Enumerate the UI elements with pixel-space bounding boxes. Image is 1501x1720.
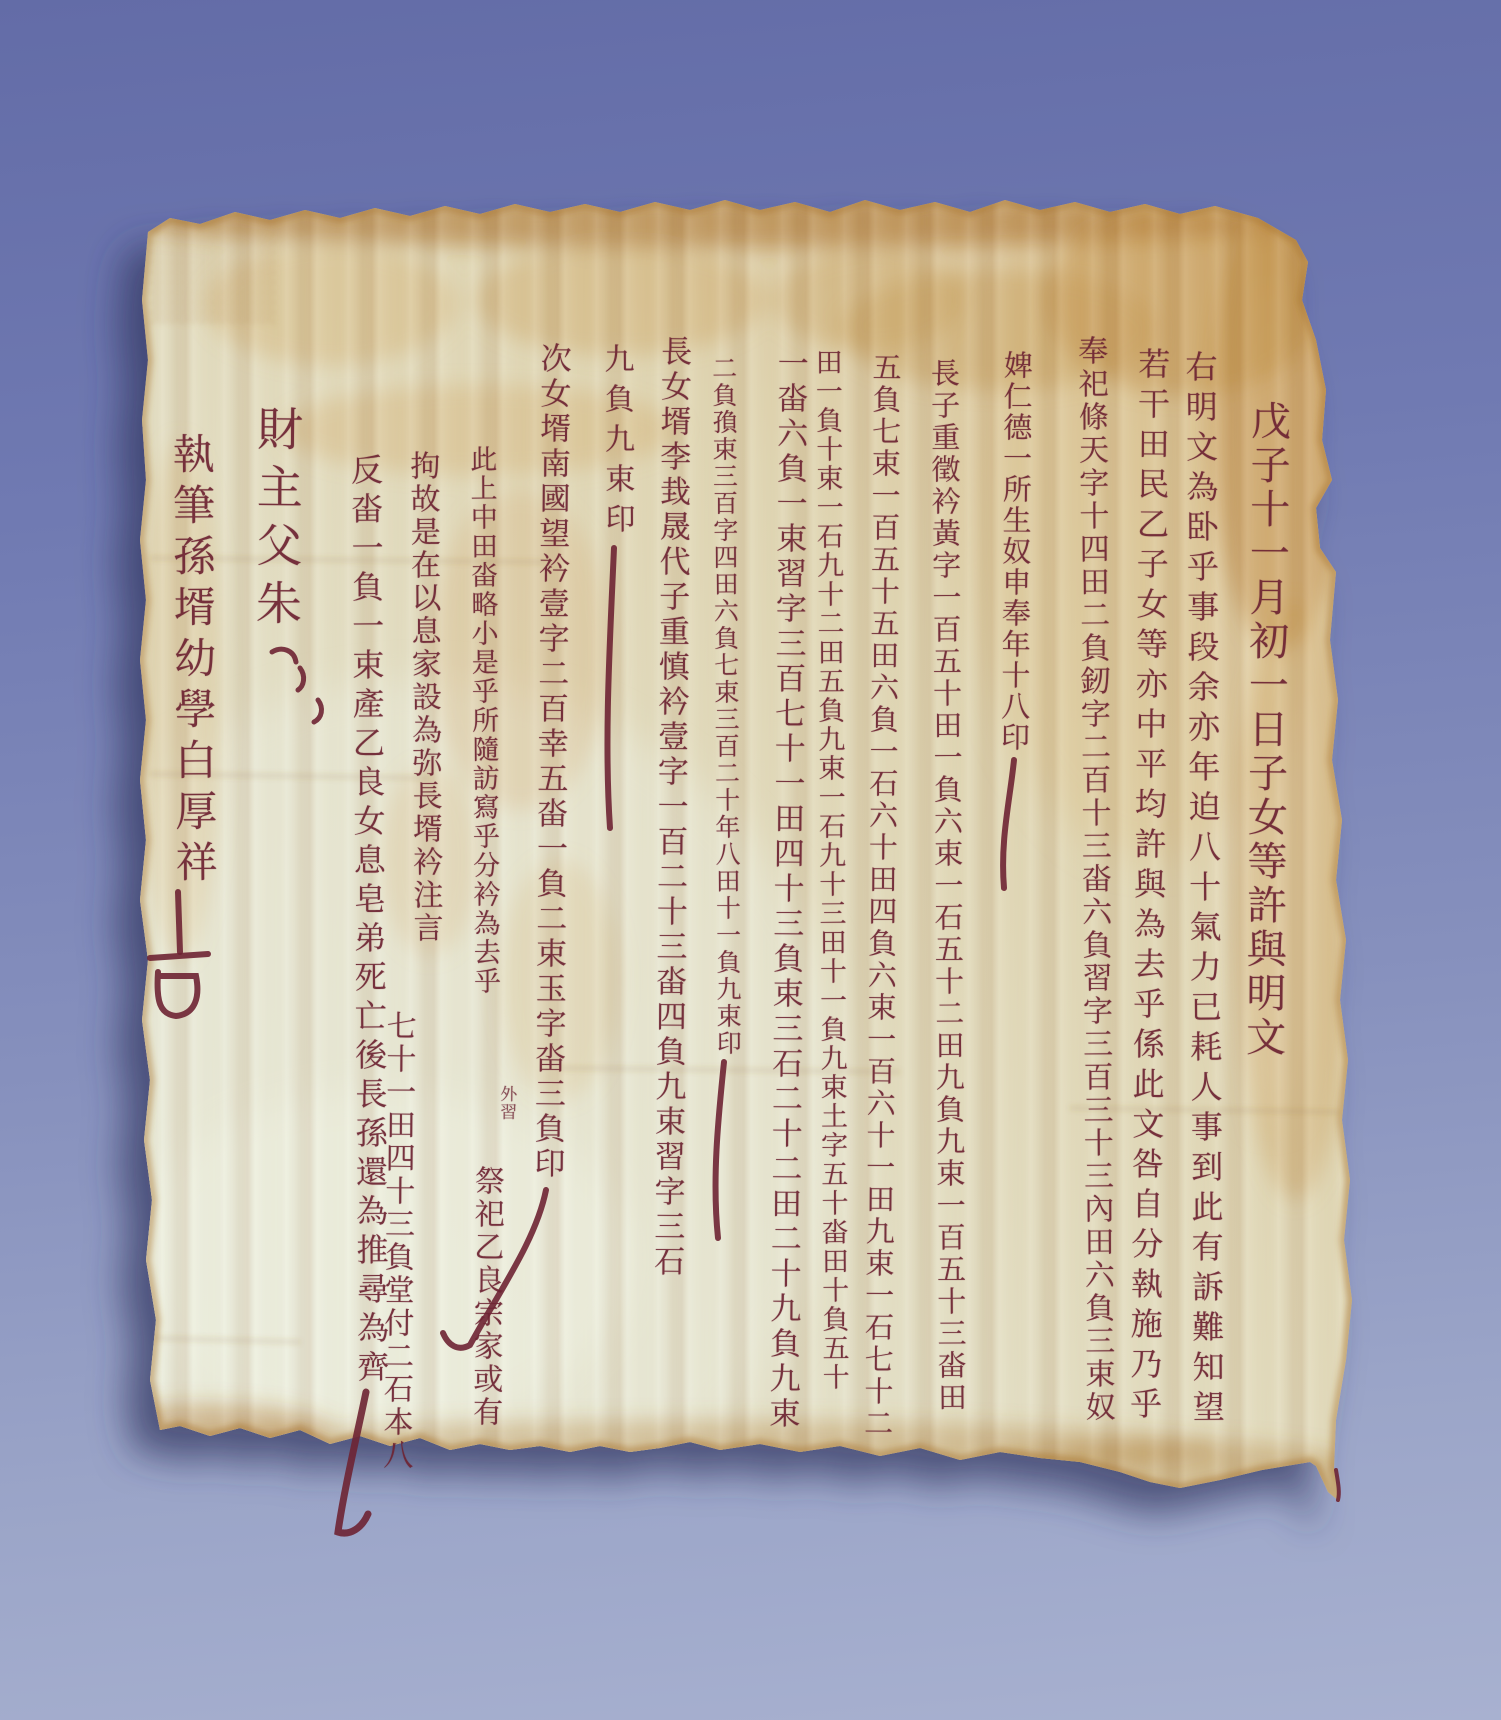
- text-column: 反畓一負一束產乙良女息皂弟死亡後長孫還為推尋為齊: [336, 453, 394, 1389]
- text-column: 拘故是在以息家設為弥長壻衿注言: [395, 450, 446, 945]
- signature-column-owner: 財主父朱: [235, 405, 310, 638]
- text-column: 婢仁德一所生奴申奉年十八印: [989, 350, 1039, 753]
- text-column: 祭祀乙良宗家或有: [457, 1165, 507, 1429]
- text-column: 五負七束一百五十五田六負一石六十田四負六束一百六十一田九束一石七十二: [852, 352, 907, 1440]
- text-column: 長子重徵衿黃字一百五十田一負六束一石五十二田九負九束一百五十三畓田: [919, 358, 973, 1414]
- text-column: 長女壻李㘽晟代子重慎衿壹字一百二十三畓四負九束習字三石: [639, 335, 696, 1280]
- text-column: 一畓六負一束習字三百七十一田四十三負束三石二十二田二十九負九束: [754, 347, 812, 1432]
- text-column: 二負𡥼束三百字四田六負七束三百二十年八田十一負九束印: [701, 355, 746, 1057]
- text-column: 九負九束印: [589, 343, 638, 543]
- text-column: 右明文為卧乎事段余亦年迫八十氣力已耗人事到此有訴難知望: [1171, 350, 1230, 1430]
- text-column: 此上中田畓略小是乎所隨訪寫乎分衿為去乎: [457, 445, 504, 996]
- interlinear-note: 外習: [492, 1085, 519, 1121]
- text-column: 次女壻南國望衿壹字二百幸五畓一負二束玉字畓三負印: [519, 342, 575, 1182]
- title-column: 戊子十一月初一日子女等許與明文: [1227, 400, 1296, 1060]
- manuscript-text-layer: 戊子十一月初一日子女等許與明文右明文為卧乎事段余亦年迫八十氣力已耗人事到此有訴難…: [0, 0, 1501, 1720]
- text-column: 若干田民乙子女等亦中平均許與為去乎係此文咎自分執施乃乎: [1115, 347, 1175, 1427]
- signature-column-scribe: 執筆孫壻幼學白厚祥: [153, 432, 223, 891]
- text-column: 奉祀條天字十四田二負釰字二百十三畓六負習字三百三十三內田六負三束奴: [1063, 335, 1119, 1424]
- photo-background: 戊子十一月初一日子女等許與明文右明文為卧乎事段余亦年迫八十氣力已耗人事到此有訴難…: [0, 0, 1501, 1720]
